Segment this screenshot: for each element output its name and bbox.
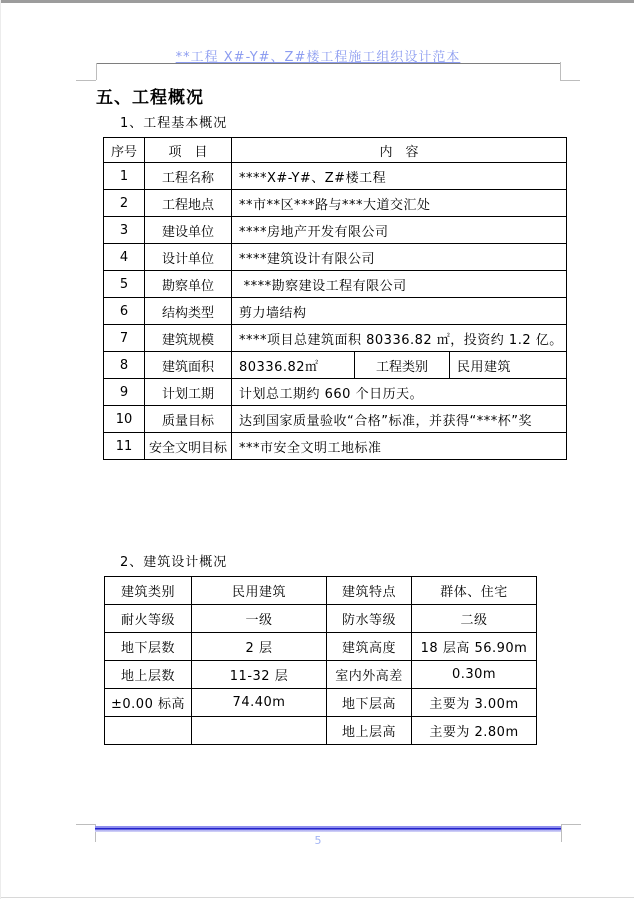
cell-label: 地上层数 [105, 661, 192, 689]
page-number: 5 [1, 834, 634, 847]
cell-item: 勘察单位 [145, 271, 232, 298]
cell-label: 防水等级 [327, 605, 412, 633]
header-cell-item: 项 目 [145, 138, 232, 163]
margin-crop-mark-top-left [96, 63, 97, 80]
cell-label: 地上层高 [327, 717, 412, 745]
table-row: 地下层数 2 层 建筑高度 18 层高 56.90m [105, 633, 537, 661]
table-row: 9 计划工期 计划总工期约 660 个日历天。 [104, 379, 567, 406]
cell-label [105, 717, 192, 745]
cell-value: 主要为 3.00m [412, 689, 537, 717]
table-row: 建筑类别 民用建筑 建筑特点 群体、住宅 [105, 577, 537, 605]
cell-item: 工程名称 [145, 163, 232, 190]
cell-seq: 9 [104, 379, 145, 406]
table-row: 7 建筑规模 ****项目总建筑面积 80336.82 ㎡，投资约 1.2 亿。 [104, 325, 567, 352]
cell-content: ****建筑设计有限公司 [232, 244, 567, 271]
cell-label: 耐火等级 [105, 605, 192, 633]
table-row: 5 勘察单位 ****勘察建设工程有限公司 [104, 271, 567, 298]
footer-rule [95, 826, 561, 832]
table-header-row: 序号 项 目 内 容 [104, 138, 567, 163]
cell-item: 质量目标 [145, 406, 232, 433]
cell-content: ****项目总建筑面积 80336.82 ㎡，投资约 1.2 亿。 [232, 325, 567, 352]
section-heading: 五、工程概况 [96, 83, 204, 108]
margin-crop-mark-top-left [76, 80, 96, 81]
cell-value: 11-32 层 [192, 661, 327, 689]
cell-label: 建筑特点 [327, 577, 412, 605]
cell-item: 建筑规模 [145, 325, 232, 352]
cell-content: ****X#-Y#、Z#楼工程 [232, 163, 567, 190]
cell-seq: 5 [104, 271, 145, 298]
design-overview-table: 建筑类别 民用建筑 建筑特点 群体、住宅 耐火等级 一级 防水等级 二级 地下层… [104, 576, 537, 745]
cell-seq: 1 [104, 163, 145, 190]
table-row: 10 质量目标 达到国家质量验收“合格”标准，并获得“***杯”奖 [104, 406, 567, 433]
cell-value: 74.40m [192, 689, 327, 717]
cell-value: 0.30m [412, 661, 537, 689]
cell-value: 民用建筑 [192, 577, 327, 605]
table-row: 耐火等级 一级 防水等级 二级 [105, 605, 537, 633]
table-row: 地上层数 11-32 层 室内外高差 0.30m [105, 661, 537, 689]
cell-seq: 8 [104, 352, 145, 379]
cell-value: 二级 [412, 605, 537, 633]
cell-label: 建筑类别 [105, 577, 192, 605]
cell-label: 建筑高度 [327, 633, 412, 661]
margin-crop-mark-top-right [560, 62, 561, 80]
cell-content: 计划总工期约 660 个日历天。 [232, 379, 567, 406]
cell-label: 地下层数 [105, 633, 192, 661]
cell-seq: 2 [104, 190, 145, 217]
cell-content: **市**区***路与***大道交汇处 [232, 190, 567, 217]
cell-content: 80336.82㎡ [232, 352, 355, 379]
cell-extra-label: 工程类别 [355, 352, 450, 379]
cell-item: 安全文明目标 [145, 433, 232, 460]
cell-item: 建设单位 [145, 217, 232, 244]
header-cell-content: 内 容 [232, 138, 567, 163]
cell-item: 建筑面积 [145, 352, 232, 379]
cell-content: 达到国家质量验收“合格”标准，并获得“***杯”奖 [232, 406, 567, 433]
cell-item: 计划工期 [145, 379, 232, 406]
table-row: 1 工程名称 ****X#-Y#、Z#楼工程 [104, 163, 567, 190]
table-row: 4 设计单位 ****建筑设计有限公司 [104, 244, 567, 271]
table-row: 地上层高 主要为 2.80m [105, 717, 537, 745]
cell-value [192, 717, 327, 745]
cell-item: 结构类型 [145, 298, 232, 325]
cell-seq: 10 [104, 406, 145, 433]
cell-label: ±0.00 标高 [105, 689, 192, 717]
window-top-edge [1, 0, 634, 3]
window-bottom-edge [1, 897, 634, 898]
cell-value: 2 层 [192, 633, 327, 661]
cell-content: 剪力墙结构 [232, 298, 567, 325]
cell-seq: 11 [104, 433, 145, 460]
cell-extra-value: 民用建筑 [450, 352, 567, 379]
cell-seq: 3 [104, 217, 145, 244]
subsection-1-label: 1、工程基本概况 [120, 112, 227, 131]
cell-value: 18 层高 56.90m [412, 633, 537, 661]
header-cell-seq: 序号 [104, 138, 145, 163]
table-row: 2 工程地点 **市**区***路与***大道交汇处 [104, 190, 567, 217]
table-row: 3 建设单位 ****房地产开发有限公司 [104, 217, 567, 244]
cell-label: 地下层高 [327, 689, 412, 717]
margin-crop-mark-top-right [560, 80, 580, 81]
cell-content: ****勘察建设工程有限公司 [232, 271, 567, 298]
cell-value: 主要为 2.80m [412, 717, 537, 745]
cell-seq: 7 [104, 325, 145, 352]
table-row: 6 结构类型 剪力墙结构 [104, 298, 567, 325]
document-page: { "header": { "title": "**工程 X#-Y#、Z#楼工程… [0, 0, 634, 899]
cell-seq: 4 [104, 244, 145, 271]
margin-crop-mark-bottom-right [561, 824, 581, 825]
cell-label: 室内外高差 [327, 661, 412, 689]
margin-crop-mark-bottom-left [76, 824, 95, 825]
cell-content: ****房地产开发有限公司 [232, 217, 567, 244]
table-row: 8 建筑面积 80336.82㎡ 工程类别 民用建筑 [104, 352, 567, 379]
header-rule [96, 63, 560, 64]
project-overview-table: 序号 项 目 内 容 1 工程名称 ****X#-Y#、Z#楼工程 2 工程地点… [103, 137, 567, 460]
cell-seq: 6 [104, 298, 145, 325]
cell-item: 设计单位 [145, 244, 232, 271]
cell-value: 一级 [192, 605, 327, 633]
table-row: ±0.00 标高 74.40m 地下层高 主要为 3.00m [105, 689, 537, 717]
cell-value: 群体、住宅 [412, 577, 537, 605]
cell-item: 工程地点 [145, 190, 232, 217]
subsection-2-label: 2、建筑设计概况 [120, 551, 227, 570]
cell-content: ***市安全文明工地标准 [232, 433, 567, 460]
table-row: 11 安全文明目标 ***市安全文明工地标准 [104, 433, 567, 460]
